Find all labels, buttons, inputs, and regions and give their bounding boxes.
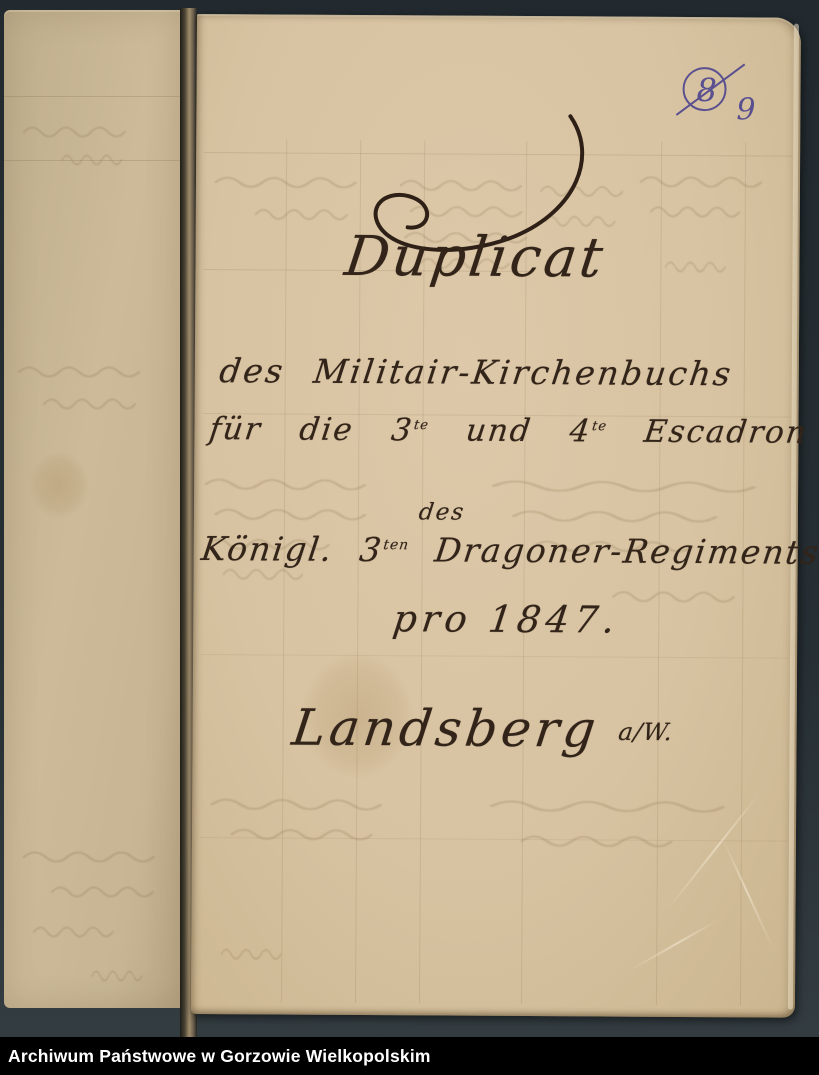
line5-superscript: ten	[382, 537, 410, 553]
left-page	[4, 10, 180, 1008]
handwritten-line: Königl. 3ten Dragoner-Regiments	[200, 532, 819, 569]
archive-watermark-text: Archiwum Państwowe w Gorzowie Wielkopols…	[8, 1046, 431, 1067]
handwritten-line: des	[417, 501, 466, 524]
place-name: Landsberg	[289, 699, 623, 759]
line3-text: und 4	[426, 412, 594, 449]
current-page-number: 9	[736, 92, 755, 127]
line3-text: für die 3	[207, 411, 415, 448]
line5-text: Dragoner-Regiments	[406, 530, 819, 571]
handwritten-title: Duplicat	[342, 229, 609, 286]
archive-watermark-bar: Archiwum Państwowe w Gorzowie Wielkopols…	[0, 1037, 819, 1075]
handwritten-line: für die 3te und 4te Escadron	[207, 414, 809, 449]
page-number-annotation: 8 9	[666, 57, 786, 138]
crossed-out-page-number: 8	[696, 71, 717, 109]
line5-text: Königl. 3	[199, 529, 385, 569]
line3-text: Escadron	[604, 414, 810, 451]
bleed-through-writing	[4, 10, 180, 1008]
handwritten-place-line: Landsberg a/W.	[289, 703, 676, 755]
handwritten-line: pro 1847.	[391, 600, 622, 638]
place-suffix: a/W.	[617, 718, 675, 746]
handwritten-line: des Militair-Kirchenbuchs	[218, 354, 735, 390]
scan-stage: 8 9 Duplicat des Militair-Kirchenbuchs f…	[0, 0, 819, 1075]
document-page: 8 9 Duplicat des Militair-Kirchenbuchs f…	[191, 14, 801, 1018]
